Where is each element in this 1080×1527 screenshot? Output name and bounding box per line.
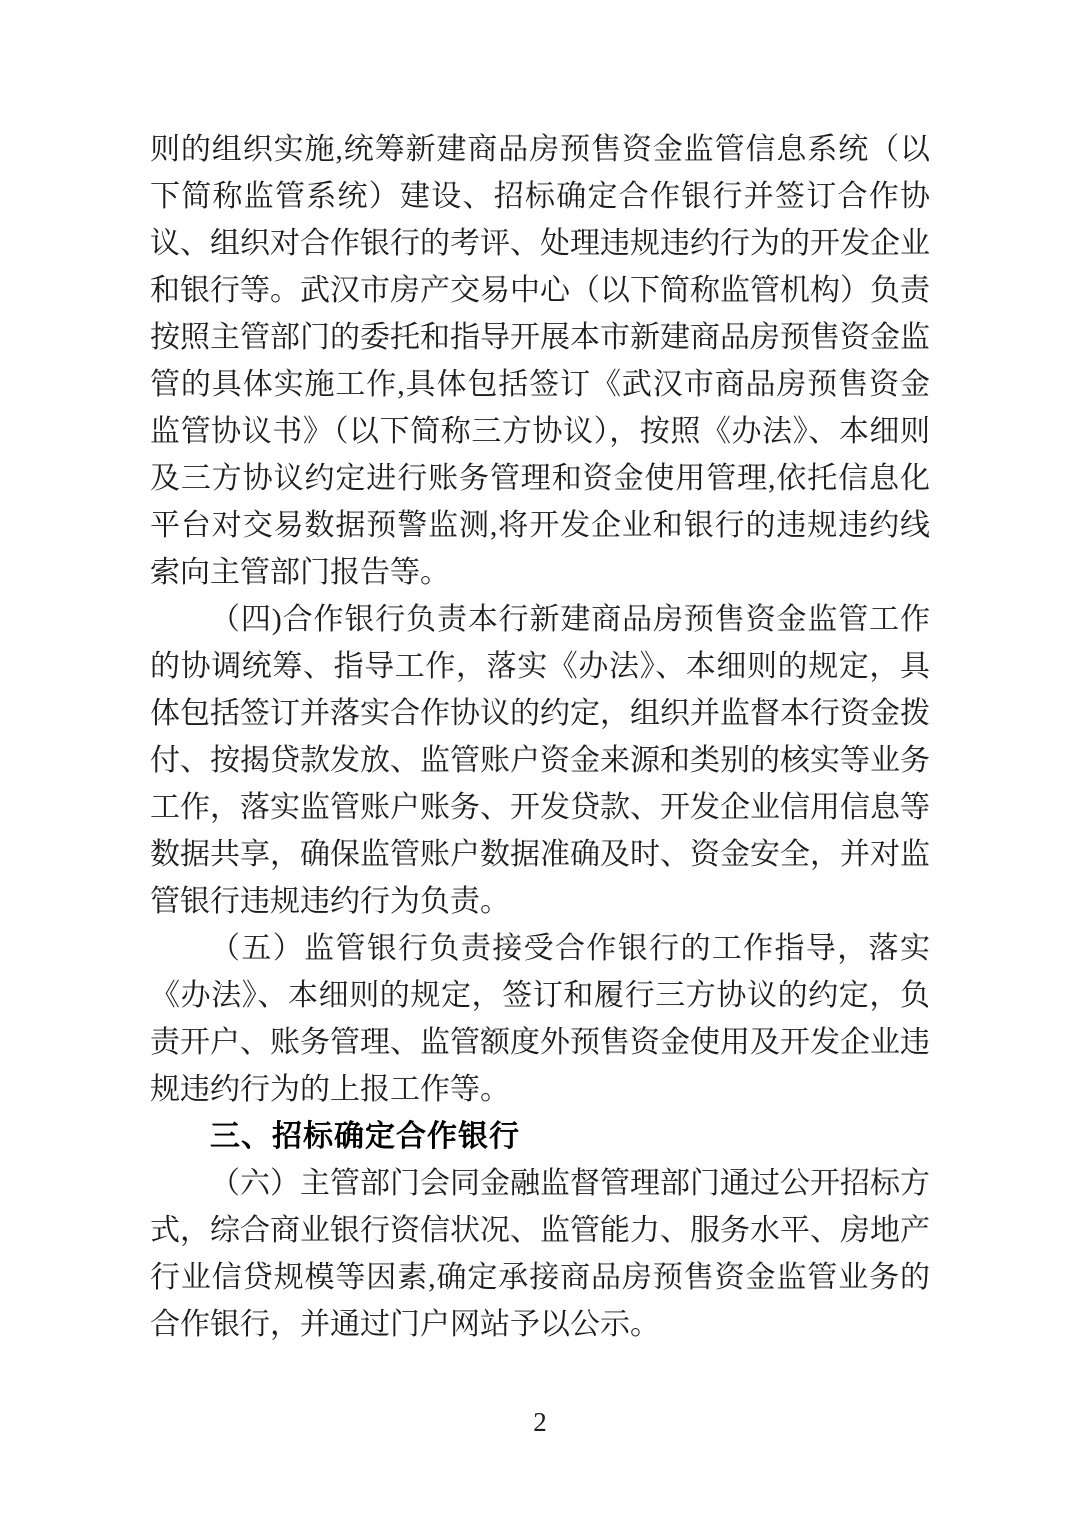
paragraph-item-6: （六）主管部门会同金融监督管理部门通过公开招标方式，综合商业银行资信状况、监管能…	[150, 1160, 930, 1348]
document-body: 则的组织实施,统筹新建商品房预售资金监管信息系统（以下简称监管系统）建设、招标确…	[150, 126, 930, 1348]
section-heading: 三、招标确定合作银行	[150, 1113, 930, 1160]
page-number: 2	[0, 1406, 1080, 1438]
paragraph-item-5: （五）监管银行负责接受合作银行的工作指导，落实《办法》、本细则的规定，签订和履行…	[150, 925, 930, 1113]
document-page: 则的组织实施,统筹新建商品房预售资金监管信息系统（以下简称监管系统）建设、招标确…	[0, 0, 1080, 1527]
paragraph-continuation: 则的组织实施,统筹新建商品房预售资金监管信息系统（以下简称监管系统）建设、招标确…	[150, 126, 930, 596]
paragraph-item-4: （四)合作银行负责本行新建商品房预售资金监管工作的协调统筹、指导工作，落实《办法…	[150, 596, 930, 925]
